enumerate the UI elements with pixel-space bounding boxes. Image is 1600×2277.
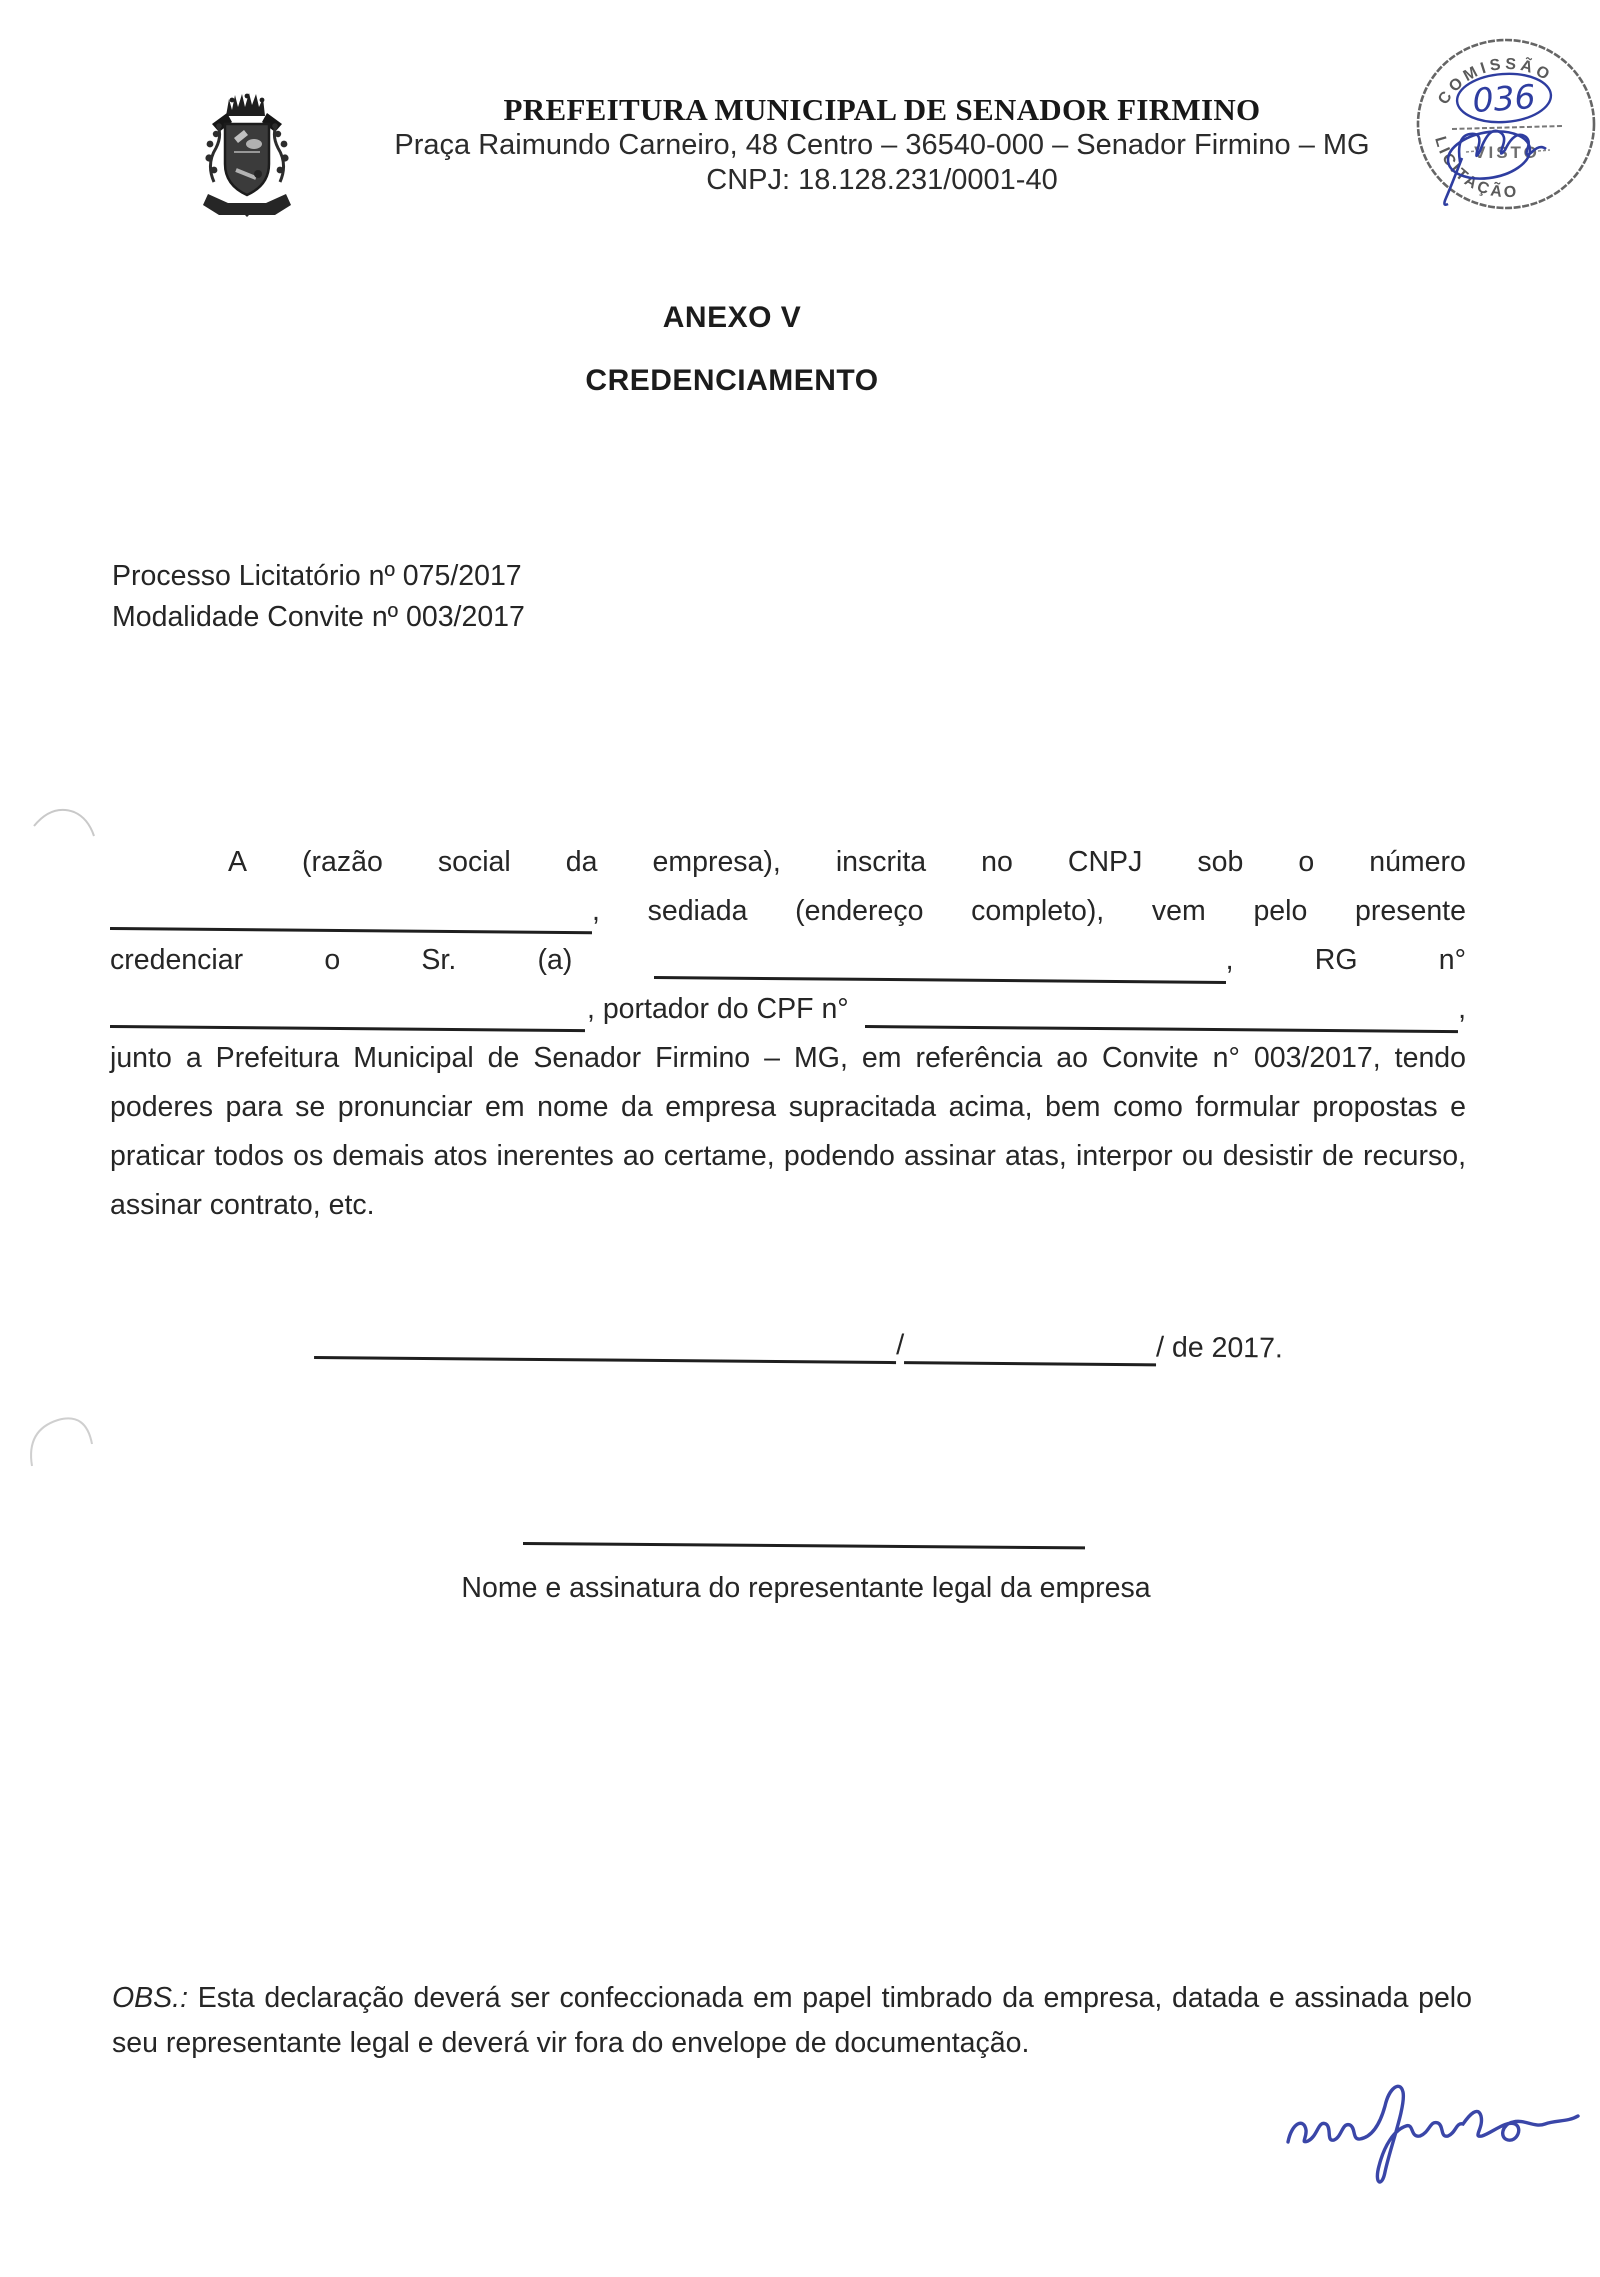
date-line: / / de 2017. (314, 1316, 1314, 1374)
word: número (1369, 838, 1466, 887)
word: inscrita (836, 838, 926, 887)
credential-paragraph: A (razão social da empresa), inscrita no… (110, 838, 1466, 1230)
date-year-suffix: / de 2017. (1156, 1323, 1283, 1373)
paragraph-line-4: , portador do CPF n° , (110, 985, 1466, 1034)
word: n° (1439, 936, 1466, 985)
pencil-arc-mark (30, 800, 100, 851)
org-cnpj: CNPJ: 18.128.231/0001-40 (382, 163, 1382, 198)
punctuation: , (1226, 936, 1234, 985)
word: o (1298, 838, 1314, 887)
stamp-number: 036 (1471, 77, 1537, 120)
word: da (566, 838, 598, 887)
word: sob (1197, 838, 1243, 887)
punctuation: , (592, 887, 600, 936)
representative-name-blank-field (654, 938, 1226, 984)
scanned-document-page: PREFEITURA MUNICIPAL DE SENADOR FIRMINO … (0, 0, 1600, 2277)
city-blank-field (314, 1318, 896, 1364)
obs-prefix: OBS.: (112, 1982, 188, 2014)
word: (razão (302, 838, 383, 887)
annex-title: ANEXO V (0, 301, 1464, 335)
signature-scribble-icon (1282, 2078, 1600, 2198)
word: social (438, 838, 511, 887)
word: completo), (971, 887, 1104, 936)
document-title: CREDENCIAMENTO (0, 364, 1464, 398)
paragraph-line-5: junto a Prefeitura Municipal de Senador … (110, 1034, 1466, 1083)
word: pelo (1253, 887, 1307, 936)
company-name-blank-field (110, 889, 592, 934)
process-modality: Modalidade Convite nº 003/2017 (112, 597, 525, 638)
handwritten-initials (1282, 2078, 1600, 2203)
word: presente (1355, 887, 1466, 936)
process-info: Processo Licitatório nº 075/2017 Modalid… (112, 556, 525, 638)
signature-label: Nome e assinatura do representante legal… (448, 1572, 1164, 1605)
word: empresa), (653, 838, 781, 887)
municipal-coat-of-arms-logo (196, 86, 298, 218)
representative-name-blank-group: , (654, 936, 1234, 985)
paragraph-line-3: credenciar o Sr. (a) , RG n° (110, 936, 1466, 985)
process-number: Processo Licitatório nº 075/2017 (112, 556, 525, 597)
observation-note: OBS.: Esta declaração deverá ser confecc… (112, 1976, 1472, 2066)
word: A (228, 838, 247, 887)
punctuation: , (1458, 985, 1466, 1034)
word: CNPJ (1068, 838, 1142, 887)
rg-number-blank-field (110, 987, 585, 1032)
coat-of-arms-icon (196, 86, 298, 218)
word: no (981, 838, 1013, 887)
org-name: PREFEITURA MUNICIPAL DE SENADOR FIRMINO (382, 92, 1382, 128)
word: (endereço (795, 887, 923, 936)
paragraph-line-6: poderes para se pronunciar em nome da em… (110, 1083, 1466, 1132)
company-name-blank-group: , (110, 887, 600, 936)
word: sediada (648, 887, 748, 936)
paragraph-line-8: assinar contrato, etc. (110, 1181, 1466, 1230)
paragraph-line-7: praticar todos os demais atos inerentes … (110, 1132, 1466, 1181)
day-month-blank-field (904, 1323, 1156, 1366)
cpf-label: , portador do CPF n° (585, 985, 865, 1034)
signature-blank-line (523, 1512, 1085, 1549)
pencil-arc-mark (24, 1414, 100, 1481)
letterhead: PREFEITURA MUNICIPAL DE SENADOR FIRMINO … (382, 92, 1382, 198)
commission-stamp: COMISSÃO LICITAÇÃO VISTO 036 (1414, 36, 1600, 214)
word: RG (1315, 936, 1358, 985)
word: Sr. (421, 936, 456, 985)
paragraph-line-2: , sediada (endereço completo), vem pelo … (110, 887, 1466, 936)
paragraph-line-1: A (razão social da empresa), inscrita no… (110, 838, 1466, 887)
word: (a) (538, 936, 573, 985)
cpf-number-blank-field (865, 987, 1459, 1033)
stamp-icon: COMISSÃO LICITAÇÃO VISTO 036 (1414, 36, 1600, 214)
word: credenciar (110, 936, 243, 985)
org-address: Praça Raimundo Carneiro, 48 Centro – 365… (382, 128, 1382, 163)
word: o (324, 936, 340, 985)
obs-text: Esta declaração deverá ser confeccionada… (112, 1982, 1472, 2059)
word: vem (1152, 887, 1206, 936)
